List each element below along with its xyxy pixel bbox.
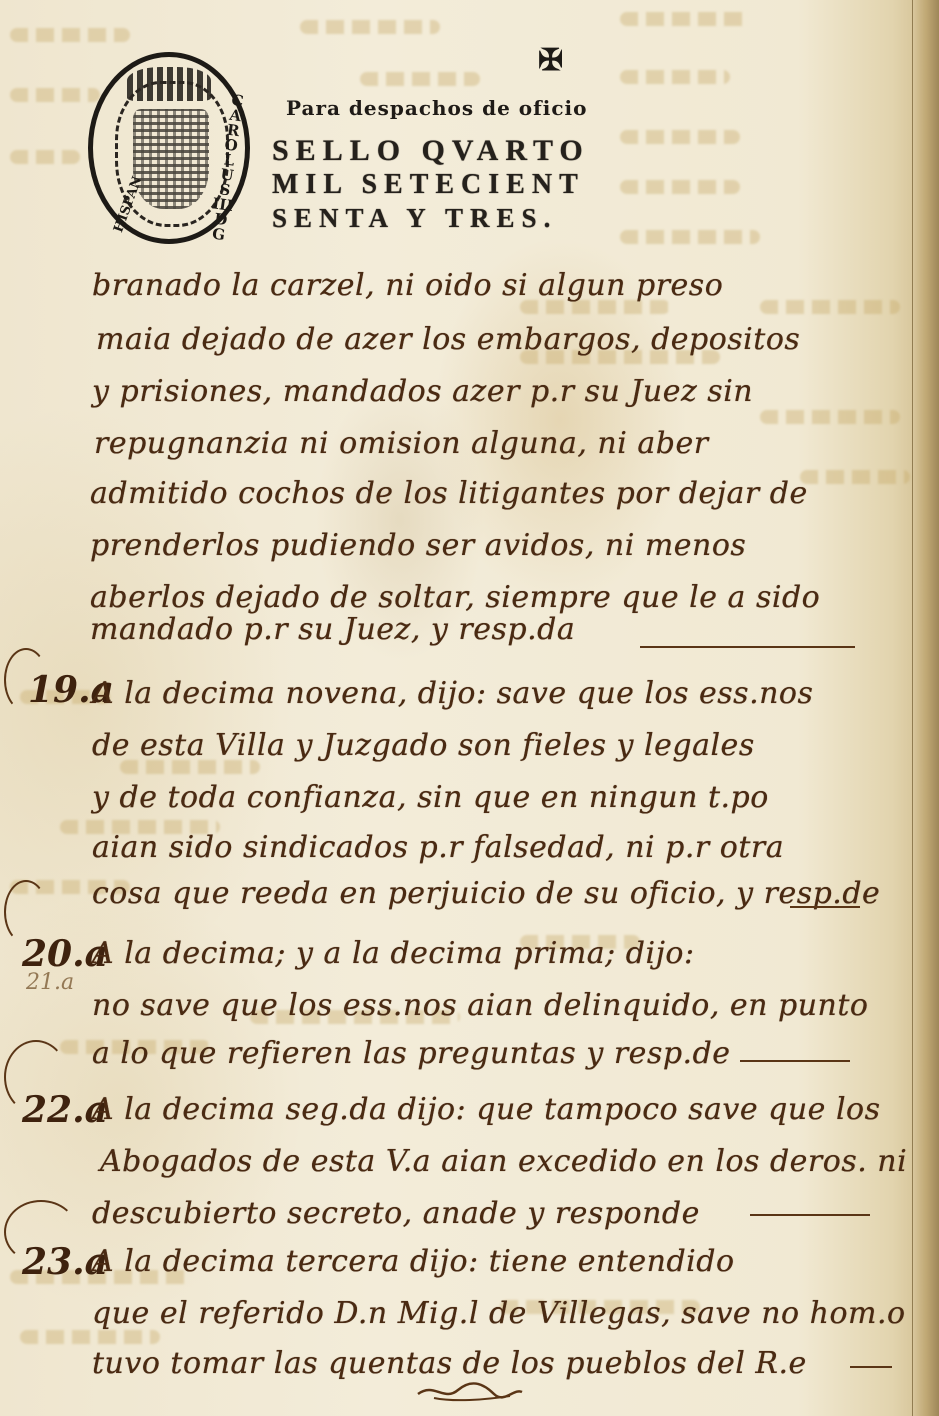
item-number-secondary: 21.a [26, 972, 74, 994]
manuscript-line: que el referido D.n Mig.l de Villegas, s… [92, 1296, 906, 1332]
manuscript-line: y de toda confianza, sin que en ningun t… [92, 780, 769, 816]
manuscript-page: CAROLUS III D G HISPAN ✠ Para despachos … [0, 0, 939, 1416]
manuscript-line: prenderlos pudiendo ser avidos, ni menos [90, 528, 746, 564]
manuscript-line: A la decima; y a la decima prima; dijo: [92, 936, 695, 972]
manuscript-line: Abogados de esta V.a aian excedido en lo… [100, 1144, 907, 1180]
royal-seal: CAROLUS III D G HISPAN [88, 52, 250, 244]
manuscript-line: mandado p.r su Juez, y resp.da [90, 612, 575, 648]
manuscript-line: tuvo tomar las quentas de los pueblos de… [92, 1346, 807, 1382]
stamp-subtitle: Para despachos de oficio [286, 96, 587, 120]
line-filler-dash [850, 1366, 892, 1368]
manuscript-line: de esta Villa y Juzgado son fieles y leg… [92, 728, 755, 764]
manuscript-line: repugnanzia ni omision alguna, ni aber [94, 426, 709, 462]
stamp-title-line-2: MIL SETECIENT [272, 170, 585, 200]
manuscript-line: maia dejado de azer los embargos, deposi… [96, 322, 800, 358]
cross-icon: ✠ [538, 46, 563, 76]
line-filler-dash [740, 1060, 850, 1062]
stamp-title-line-1: SELLO QVARTO [272, 136, 590, 166]
manuscript-line: A la decima novena, dijo: save que los e… [92, 676, 813, 712]
manuscript-line: A la decima tercera dijo: tiene entendid… [92, 1244, 735, 1280]
manuscript-line: cosa que reeda en perjuicio de su oficio… [92, 876, 880, 912]
manuscript-line: A la decima seg.da dijo: que tampoco sav… [92, 1092, 881, 1128]
line-filler-dash [790, 906, 860, 908]
manuscript-line: aian sido sindicados p.r falsedad, ni p.… [92, 830, 784, 866]
manuscript-line: admitido cochos de los litigantes por de… [90, 476, 808, 512]
line-filler-dash [750, 1214, 870, 1216]
rubric-flourish-icon [414, 1380, 524, 1402]
manuscript-line: branado la carzel, ni oido si algun pres… [92, 268, 723, 304]
manuscript-line: descubierto secreto, anade y responde [92, 1196, 700, 1232]
coat-of-arms-icon [133, 109, 209, 209]
manuscript-line: a lo que refieren las preguntas y resp.d… [92, 1036, 731, 1072]
manuscript-line: y prisiones, mandados azer p.r su Juez s… [92, 374, 753, 410]
stamp-title-line-3: SENTA Y TRES. [272, 203, 557, 233]
manuscript-line: no save que los ess.nos aian delinquido,… [92, 988, 868, 1024]
manuscript-line: aberlos dejado de soltar, siempre que le… [90, 580, 820, 616]
page-edge [912, 0, 939, 1416]
line-filler-dash [640, 646, 855, 648]
